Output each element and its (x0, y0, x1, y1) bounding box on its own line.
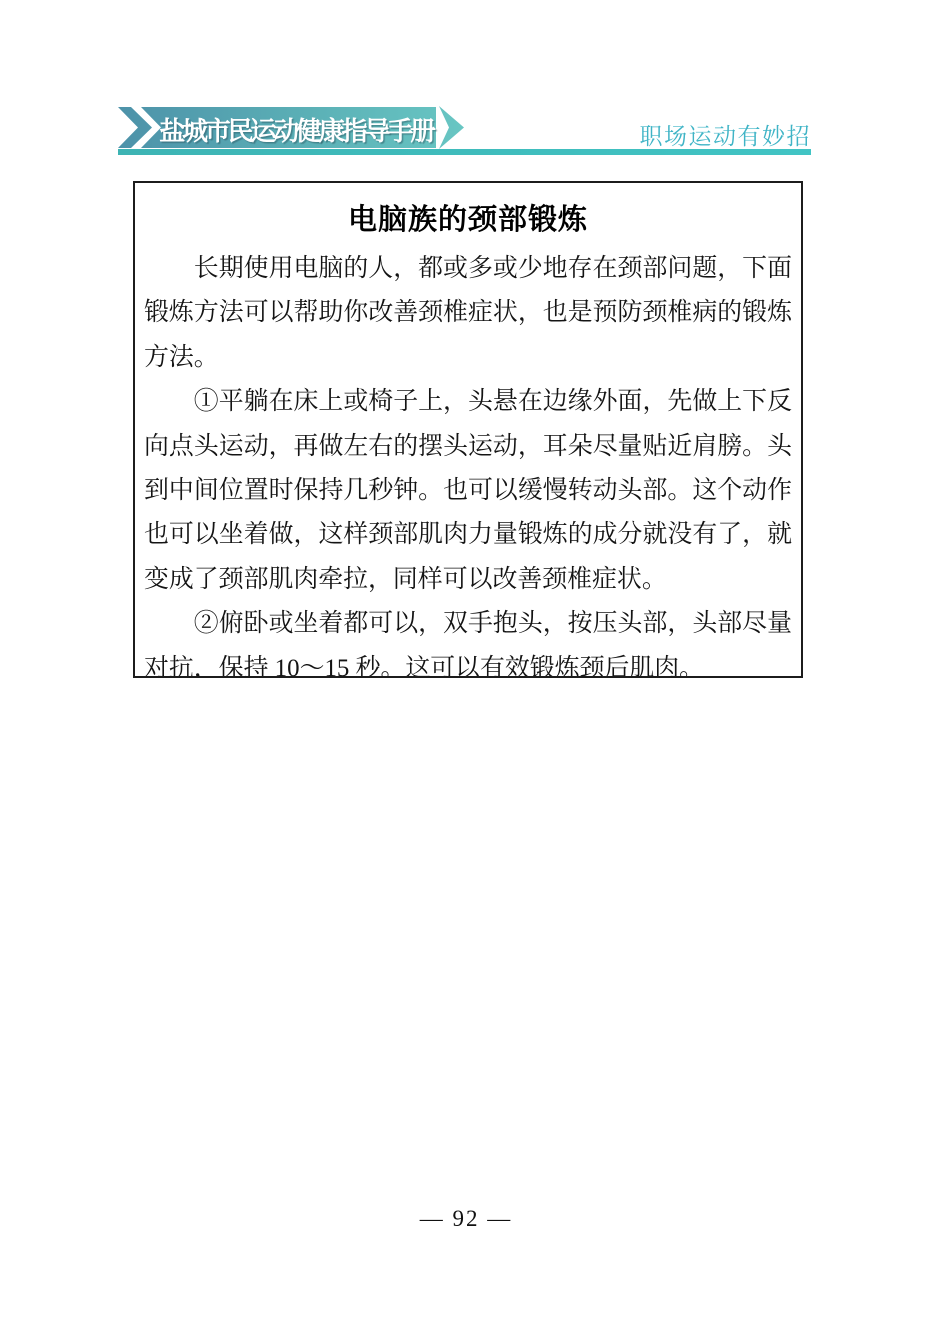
article-title: 电脑族的颈部锻炼 (144, 197, 792, 238)
article-box: 电脑族的颈部锻炼 长期使用电脑的人，都或多或少地存在颈部问题，下面锻炼方法可以帮… (133, 181, 803, 678)
page-number: — 92 — (0, 1206, 932, 1232)
section-title: 职场运动有妙招 (640, 118, 812, 151)
banner-chevron-icon (118, 107, 152, 148)
manual-title: 盐城市民运动健康指导手册 (158, 111, 434, 148)
banner-arrowhead-icon (439, 106, 464, 149)
article-paragraph: ①平躺在床上或椅子上，头悬在边缘外面，先做上下反向点头运动，再做左右的摆头运动，… (144, 380, 792, 602)
article-paragraph: 长期使用电脑的人，都或多或少地存在颈部问题，下面锻炼方法可以帮助你改善颈椎症状，… (144, 247, 792, 380)
document-page: 盐城市民运动健康指导手册 职场运动有妙招 电脑族的颈部锻炼 长期使用电脑的人，都… (0, 0, 932, 1323)
article-paragraph: ②俯卧或坐着都可以，双手抱头，按压头部，头部尽量对抗，保持 10～15 秒。这可… (144, 602, 792, 678)
